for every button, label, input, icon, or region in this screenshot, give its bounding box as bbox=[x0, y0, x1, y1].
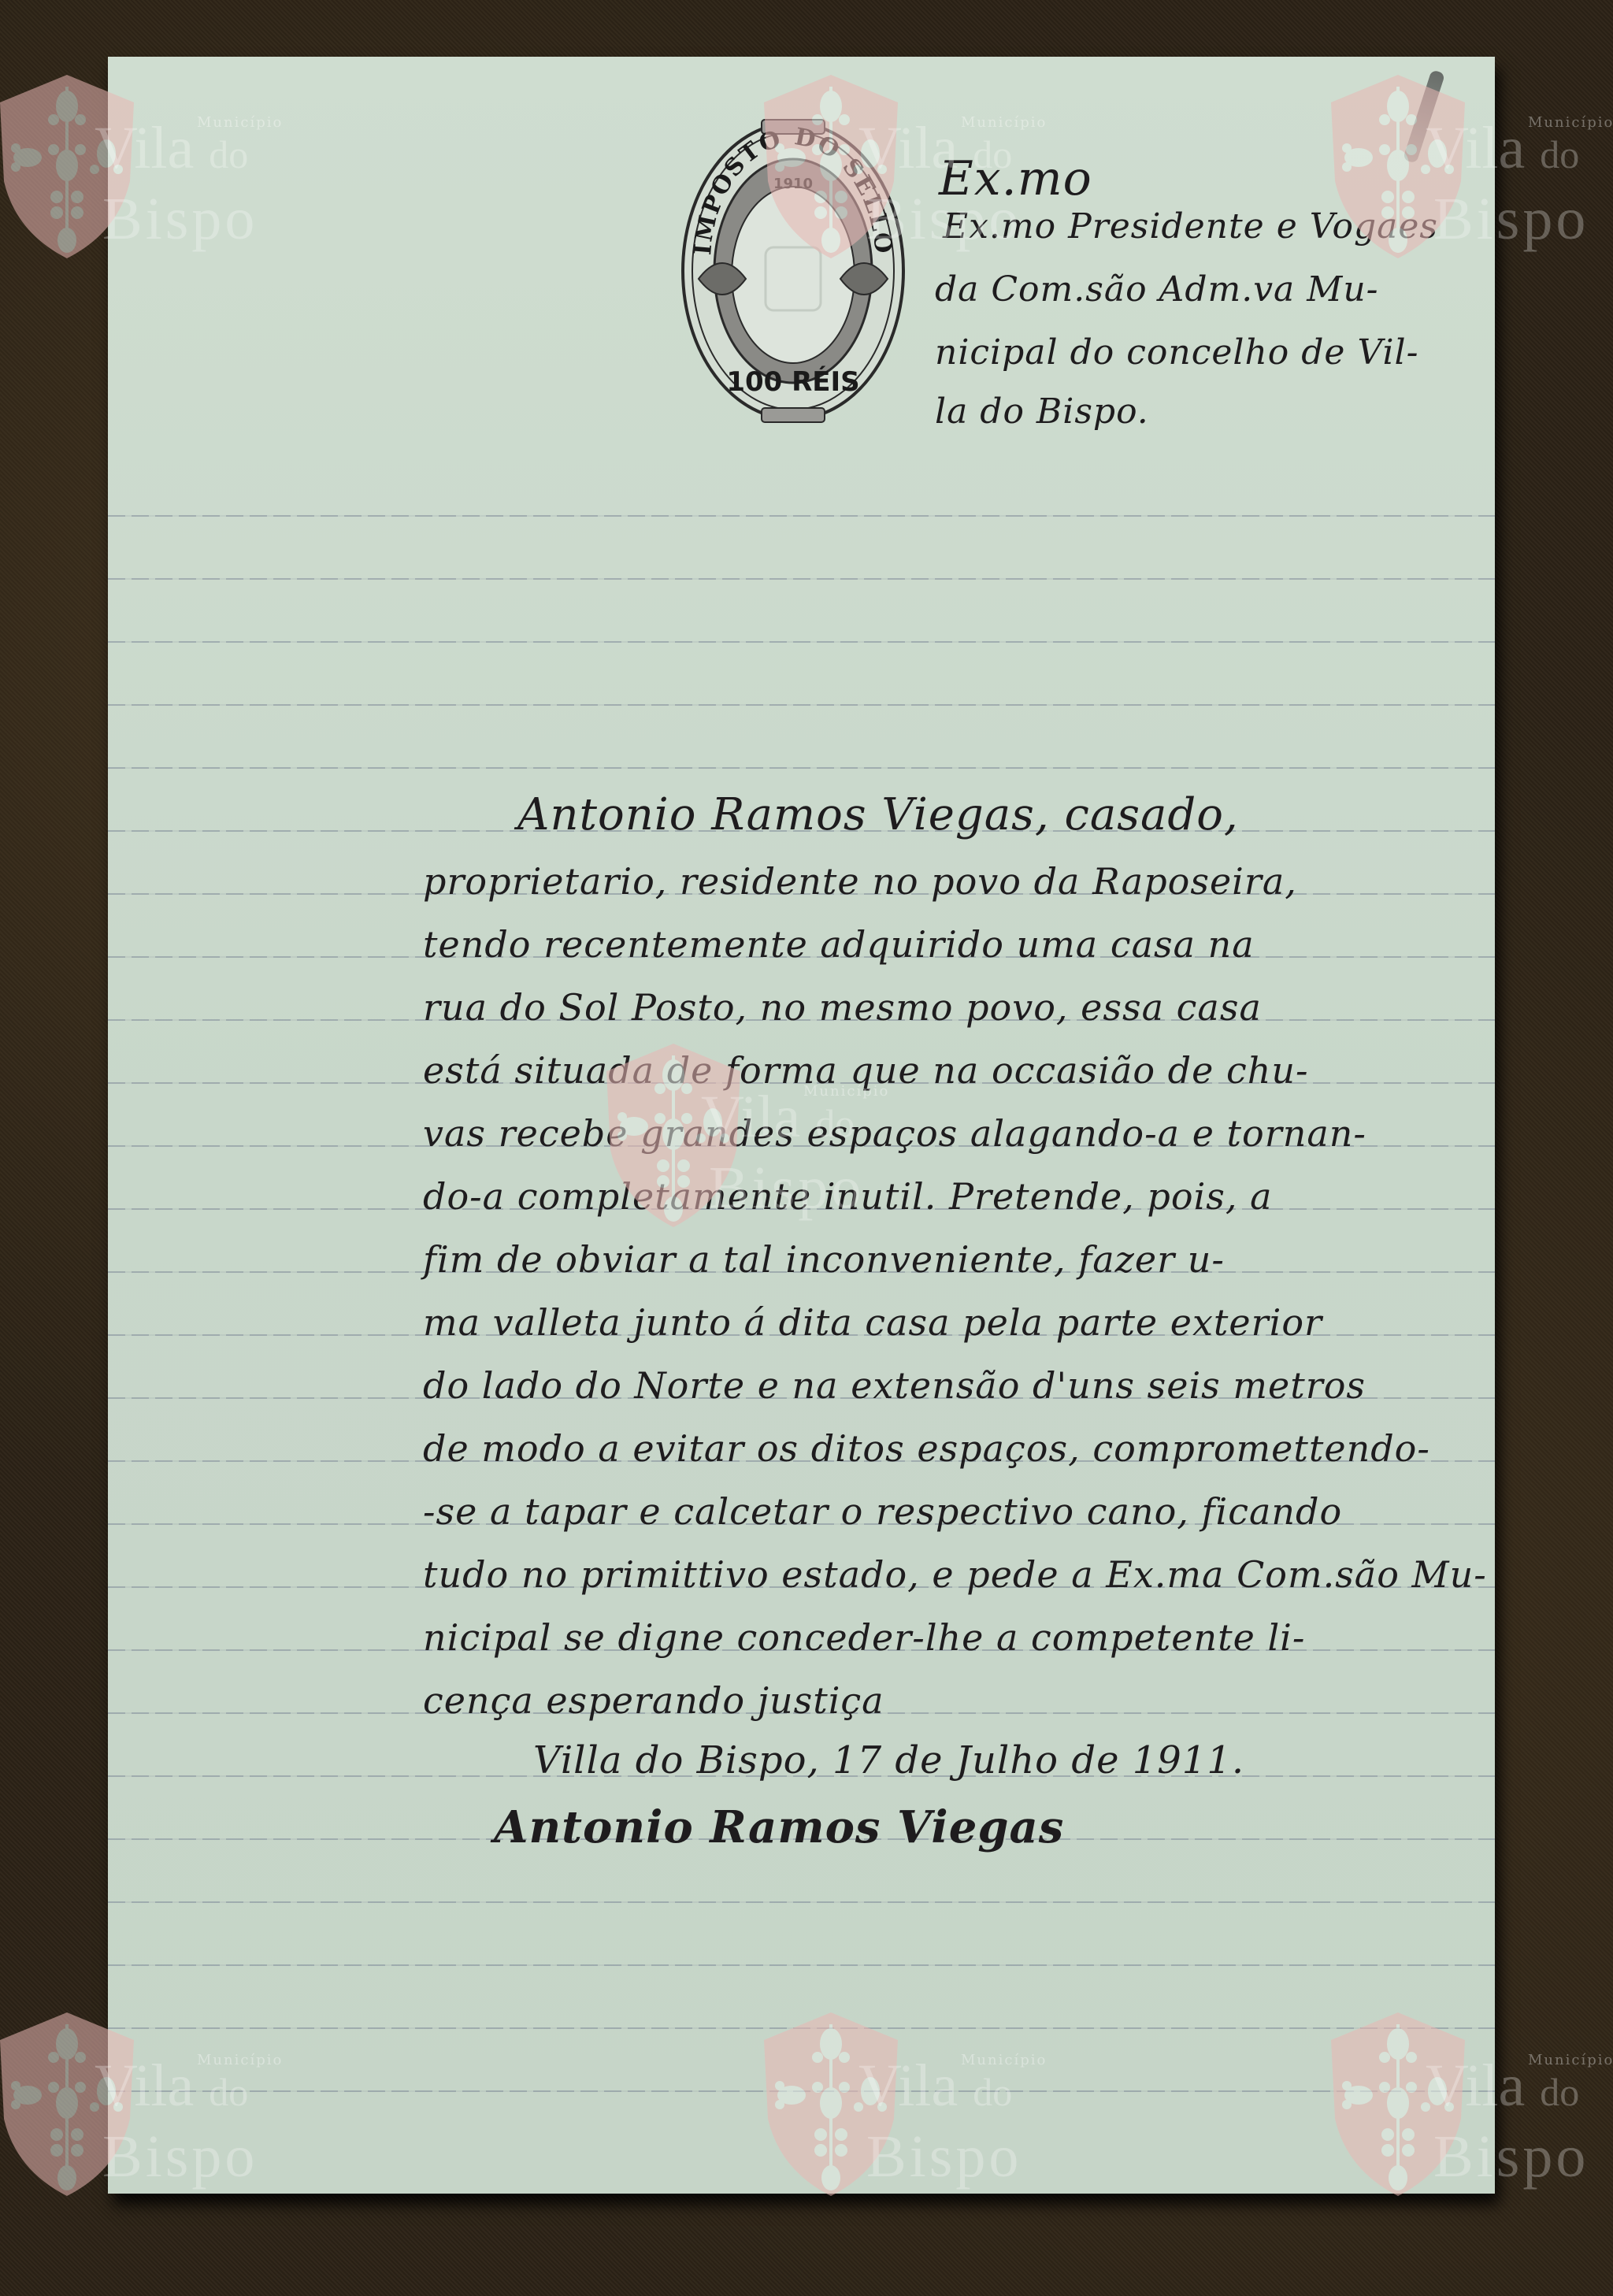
body-line: fim de obviar a tal inconveniente, fazer… bbox=[423, 1238, 1463, 1281]
body-line: nicipal se digne conceder-lhe a competen… bbox=[423, 1616, 1463, 1659]
body-line: proprietario, residente no povo da Rapos… bbox=[423, 860, 1463, 903]
body-line: está situada de forma que na occasião de… bbox=[423, 1049, 1463, 1092]
svg-text:100 RÉIS: 100 RÉIS bbox=[726, 365, 859, 398]
place-and-date: Villa do Bispo, 17 de Julho de 1911. bbox=[533, 1738, 1244, 1782]
ruled-line bbox=[108, 1901, 1495, 1903]
address-line: Ex.mo Presidente e Vogaes bbox=[943, 206, 1438, 247]
signature: Antonio Ramos Viegas bbox=[494, 1801, 1064, 1853]
body-line: do-a completamente inutil. Pretende, poi… bbox=[423, 1175, 1463, 1218]
document-page: IMPOSTO DO SELLO 1910 100 RÉIS Ex.mo Ex.… bbox=[108, 57, 1495, 2194]
address-line: nicipal do concelho de Vil- bbox=[935, 332, 1418, 373]
body-line: ma valleta junto á dita casa pela parte … bbox=[423, 1301, 1463, 1344]
ruled-line bbox=[108, 1964, 1495, 1966]
watermark-municipio: Município bbox=[1528, 114, 1613, 131]
ruled-line bbox=[108, 2090, 1495, 2092]
body-line: cença esperando justiça bbox=[423, 1679, 1463, 1722]
ruled-line bbox=[108, 641, 1495, 643]
address-line: da Com.são Adm.va Mu- bbox=[935, 269, 1379, 310]
body-line: do lado do Norte e na extensão d'uns sei… bbox=[423, 1364, 1463, 1407]
body-line: vas recebe grandes espaços alagando-a e … bbox=[423, 1112, 1463, 1155]
body-line: -se a tapar e calcetar o respectivo cano… bbox=[423, 1490, 1463, 1533]
ruled-line bbox=[108, 2027, 1495, 2029]
body-line: tudo no primittivo estado, e pede a Ex.m… bbox=[423, 1553, 1463, 1596]
stamp-oval-icon: IMPOSTO DO SELLO 1910 100 RÉIS bbox=[675, 113, 911, 428]
address-line: la do Bispo. bbox=[935, 391, 1149, 432]
ruled-line bbox=[108, 578, 1495, 580]
address-salutation: Ex.mo bbox=[939, 151, 1092, 206]
ruled-line bbox=[108, 515, 1495, 517]
tax-stamp: IMPOSTO DO SELLO 1910 100 RÉIS bbox=[675, 113, 911, 428]
body-line: Antonio Ramos Viegas, casado, bbox=[517, 789, 1495, 840]
watermark-municipio: Município bbox=[1528, 2052, 1613, 2068]
body-line: rua do Sol Posto, no mesmo povo, essa ca… bbox=[423, 986, 1463, 1029]
body-line: tendo recentemente adquirido uma casa na bbox=[423, 923, 1463, 966]
ruled-line bbox=[108, 767, 1495, 769]
body-line: de modo a evitar os ditos espaços, compr… bbox=[423, 1427, 1463, 1470]
ruled-line bbox=[108, 704, 1495, 706]
svg-text:1910: 1910 bbox=[773, 176, 813, 192]
